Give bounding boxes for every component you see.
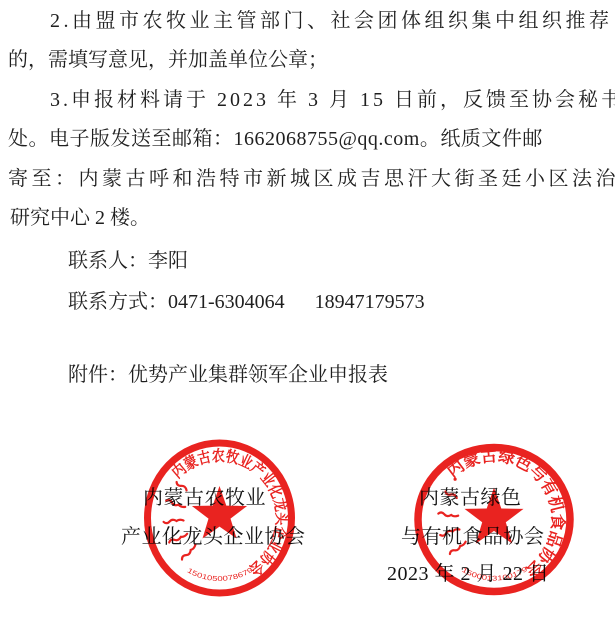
body-line: 3.申报材料请于 2023 年 3 月 15 日前，反馈至协会秘书 xyxy=(50,88,615,112)
mongolian-script-decoration xyxy=(438,478,466,556)
body-line: 2.由盟市农牧业主管部门、社会团体组织集中组织推荐 xyxy=(50,9,613,33)
official-seal-left: 内蒙古农牧业产业化龙头企业协会 1501050078679 xyxy=(141,438,298,598)
body-line: 研究中心 2 楼。 xyxy=(10,206,150,230)
seal-star-icon xyxy=(192,486,247,539)
contact-person-line: 联系人：李阳 xyxy=(68,249,188,273)
contact-phone-line: 联系方式：0471-6304064 18947179573 xyxy=(68,290,425,314)
body-line: 处。电子版发送至邮箱：1662068755@qq.com。纸质文件邮 xyxy=(8,127,543,151)
body-line: 寄至：内蒙古呼和浩特市新城区成吉思汗大街圣廷小区法治 xyxy=(8,167,615,191)
document-page: 2.由盟市农牧业主管部门、社会团体组织集中组织推荐 的，需填写意见，并加盖单位公… xyxy=(0,0,615,632)
official-seal-right: 内蒙古绿色与有机食品协会 1500013100179 xyxy=(411,441,577,598)
seal-star-icon xyxy=(465,488,524,544)
mongolian-script-decoration xyxy=(163,481,196,561)
seal-code: 1500013100179 xyxy=(460,566,529,583)
seal-code: 1501050078679 xyxy=(186,567,255,583)
body-line: 的，需填写意见，并加盖单位公章； xyxy=(8,48,328,72)
attachment-line: 附件：优势产业集群领军企业申报表 xyxy=(68,363,388,387)
